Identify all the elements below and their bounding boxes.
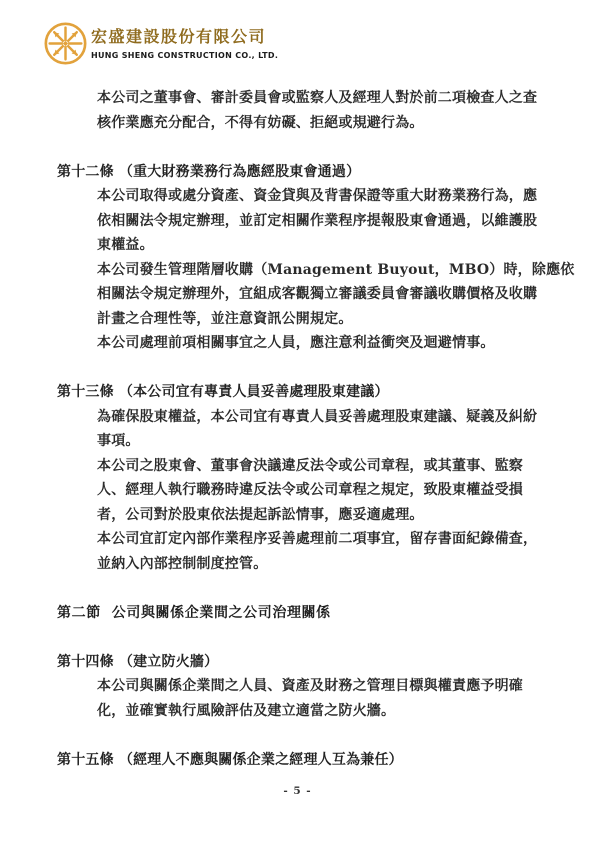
blank-line — [57, 723, 539, 748]
company-logo: 宏盛建設股份有限公司 HUNG SHENG CONSTRUCTION CO., … — [44, 22, 278, 65]
body-text-line: 本公司之董事會、審計委員會或監察人及經理人對於前二項檢查人之查 — [57, 86, 539, 111]
section-heading: 第二節 公司與關係企業間之公司治理關係 — [57, 601, 539, 626]
blank-line — [57, 576, 539, 601]
body-text-line: 化，並確實執行風險評估及建立適當之防火牆。 — [57, 699, 539, 724]
company-name-zh: 宏盛建設股份有限公司 — [91, 27, 278, 48]
document-page: 宏盛建設股份有限公司 HUNG SHENG CONSTRUCTION CO., … — [0, 0, 595, 842]
page-number: - 5 - — [0, 785, 595, 797]
body-text-line: 本公司取得或處分資產、資金貸與及背書保證等重大財務業務行為，應 — [57, 184, 539, 209]
eight-point-compass-emblem-icon — [44, 22, 87, 65]
article-heading: 第十五條 （經理人不應與關係企業之經理人互為兼任） — [57, 748, 539, 773]
article-heading: 第十二條 （重大財務業務行為應經股東會通過） — [57, 160, 539, 185]
company-logo-text: 宏盛建設股份有限公司 HUNG SHENG CONSTRUCTION CO., … — [91, 22, 278, 60]
body-text-line: 並納入內部控制制度控管。 — [57, 552, 539, 577]
article-heading: 第十四條 （建立防火牆） — [57, 650, 539, 675]
body-text-line: 人、經理人執行職務時違反法令或公司章程之規定，致股東權益受損 — [57, 478, 539, 503]
body-text-line: 事項。 — [57, 429, 539, 454]
body-text-line: 計畫之合理性等，並注意資訊公開規定。 — [57, 307, 539, 332]
body-text-line: 者，公司對於股東依法提起訴訟情事，應妥適處理。 — [57, 503, 539, 528]
body-text-line: 相關法令規定辦理外，宜組成客觀獨立審議委員會審議收購價格及收購 — [57, 282, 539, 307]
document-content: 本公司之董事會、審計委員會或監察人及經理人對於前二項檢查人之查核作業應充分配合，… — [57, 86, 539, 772]
body-text-line: 本公司與關係企業間之人員、資產及財務之管理目標與權責應予明確 — [57, 674, 539, 699]
body-text-line: 核作業應充分配合，不得有妨礙、拒絕或規避行為。 — [57, 111, 539, 136]
body-text-line: 本公司宜訂定內部作業程序妥善處理前二項事宜，留存書面紀錄備查， — [57, 527, 539, 552]
blank-line — [57, 135, 539, 160]
body-text-line: 本公司發生管理階層收購（Management Buyout，MBO）時，除應依 — [57, 258, 539, 283]
article-heading: 第十三條 （本公司宜有專責人員妥善處理股東建議） — [57, 380, 539, 405]
body-text-line: 東權益。 — [57, 233, 539, 258]
company-name-en: HUNG SHENG CONSTRUCTION CO., LTD. — [91, 51, 278, 60]
body-text-line: 本公司處理前項相關事宜之人員，應注意利益衝突及迴避情事。 — [57, 331, 539, 356]
blank-line — [57, 356, 539, 381]
body-text-line: 依相關法令規定辦理，並訂定相關作業程序提報股東會通過，以維護股 — [57, 209, 539, 234]
body-text-line: 本公司之股東會、董事會決議違反法令或公司章程，或其董事、監察 — [57, 454, 539, 479]
body-text-line: 為確保股東權益，本公司宜有專責人員妥善處理股東建議、疑義及糾紛 — [57, 405, 539, 430]
blank-line — [57, 625, 539, 650]
